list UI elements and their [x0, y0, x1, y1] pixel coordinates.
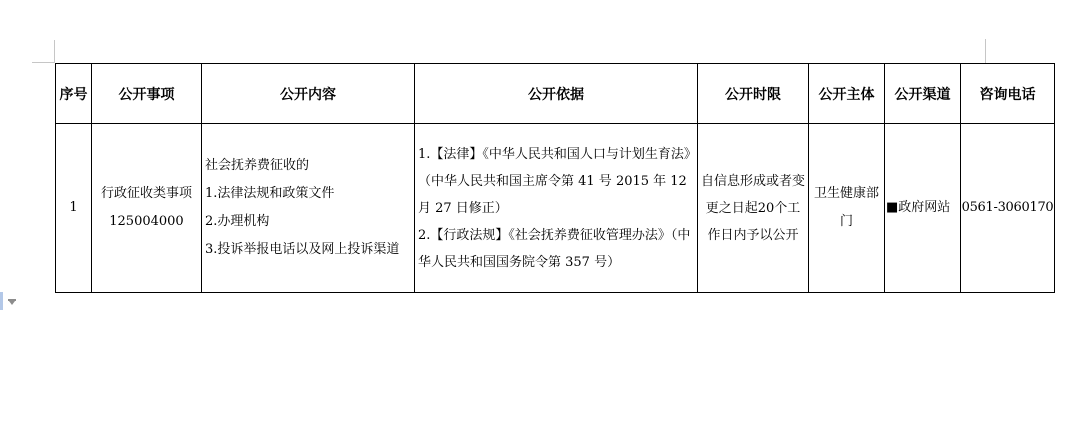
collapse-arrow-icon [8, 299, 16, 305]
cell-subject[interactable]: 卫生健康部门 [809, 124, 885, 293]
content-line: 社会抚养费征收的 [205, 152, 411, 180]
cell-phone[interactable]: 0561-3060170 [961, 124, 1055, 293]
header-subject[interactable]: 公开主体 [809, 64, 885, 124]
crop-mark-top-left-vertical-icon [54, 40, 55, 63]
crop-mark-top-right-vertical-icon [985, 39, 986, 63]
basis-item: 1.【法律】《中华人民共和国人口与计划生育法》（中华人民共和国主席令第 41 号… [418, 141, 694, 222]
crop-mark-top-left-horizontal-icon [32, 62, 55, 63]
page-edge-blue-bar [0, 292, 3, 310]
header-seq[interactable]: 序号 [56, 64, 92, 124]
document-page: 序号 公开事项 公开内容 公开依据 公开时限 公开主体 公开渠道 咨询电话 1 … [0, 0, 1076, 425]
content-line: 2.办理机构 [205, 208, 411, 236]
basis-item: 2.【行政法规】《社会抚养费征收管理办法》（中华人民共和国国务院令第 357 号… [418, 222, 694, 276]
header-row: 序号 公开事项 公开内容 公开依据 公开时限 公开主体 公开渠道 咨询电话 [56, 64, 1055, 124]
filled-square-icon: ■ [886, 200, 898, 215]
header-time-limit[interactable]: 公开时限 [698, 64, 809, 124]
content-line: 1.法律法规和政策文件 [205, 180, 411, 208]
collapse-arrow-triangle [9, 301, 15, 305]
cell-basis[interactable]: 1.【法律】《中华人民共和国人口与计划生育法》（中华人民共和国主席令第 41 号… [415, 124, 698, 293]
cell-seq[interactable]: 1 [56, 124, 92, 293]
cell-time-limit[interactable]: 自信息形成或者变更之日起20个工作日内予以公开 [698, 124, 809, 293]
header-channel[interactable]: 公开渠道 [885, 64, 961, 124]
header-item[interactable]: 公开事项 [92, 64, 202, 124]
cell-item[interactable]: 行政征收类事项 125004000 [92, 124, 202, 293]
channel-label: 政府网站 [898, 200, 950, 215]
header-content[interactable]: 公开内容 [202, 64, 415, 124]
disclosure-table: 序号 公开事项 公开内容 公开依据 公开时限 公开主体 公开渠道 咨询电话 1 … [55, 63, 1055, 293]
cell-content[interactable]: 社会抚养费征收的 1.法律法规和政策文件 2.办理机构 3.投诉举报电话以及网上… [202, 124, 415, 293]
header-basis[interactable]: 公开依据 [415, 64, 698, 124]
cell-channel[interactable]: ■政府网站 [885, 124, 961, 293]
item-code: 125004000 [93, 208, 200, 236]
table-row: 1 行政征收类事项 125004000 社会抚养费征收的 1.法律法规和政策文件… [56, 124, 1055, 293]
content-line: 3.投诉举报电话以及网上投诉渠道 [205, 236, 411, 264]
header-phone[interactable]: 咨询电话 [961, 64, 1055, 124]
item-name: 行政征收类事项 [93, 180, 200, 208]
